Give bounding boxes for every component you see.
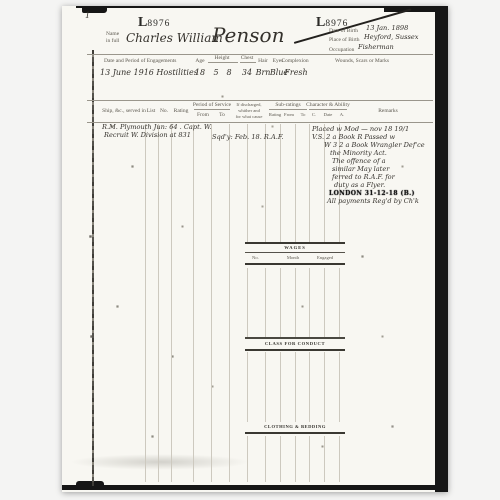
character-group-label: Character & Ability [306, 102, 350, 108]
name-label-2: in full [106, 38, 119, 44]
left-margin-rule [92, 50, 94, 486]
serial-right-prefix: L [316, 15, 325, 30]
wages-title: WAGES [284, 245, 306, 250]
scan-noise [62, 6, 63, 7]
service-entry-row2: Recruit W. Division at 831 [104, 131, 191, 139]
remarks-line: W 3 2 a Book Wrangler Def'ce [324, 141, 425, 149]
remarks-line: ferred to R.A.F. for [332, 173, 395, 181]
service-entry-row1: R.M. Plymouth Jun: 64 . Capt. W. [102, 123, 212, 131]
service-entry-mid: Sqd'y: Feb. 18. R.A.F. [212, 133, 284, 141]
clothing-bottom-rule [245, 432, 345, 434]
scan-edge-right [435, 6, 448, 492]
height-feet-value: 5 [213, 68, 218, 77]
corner-mark: 1 [85, 11, 90, 20]
discharged-label-1: If discharged, [236, 102, 261, 107]
scan-edge-top [76, 6, 435, 8]
name-label-1: Name [106, 31, 119, 37]
wages-mid-rule [245, 252, 345, 253]
chest-underline [240, 62, 256, 63]
character-underline [309, 109, 347, 110]
remarks-line: All payments Reg'd by Ch'k [327, 197, 419, 205]
name-first-value: Charles William [126, 31, 223, 45]
scanned-service-record: 1 L8976 L8976 Name in full Charles Willi… [0, 0, 500, 500]
period-group-underline [194, 109, 230, 110]
pob-label: Place of Birth [329, 37, 360, 43]
chest-col-label: Chest [241, 55, 254, 61]
pob-value: Heyford, Sussex [364, 33, 419, 41]
discharged-label-3: for what cause [236, 114, 263, 119]
serial-left-number: 8976 [147, 19, 170, 29]
remarks-line: V.S. 2 a Book R Passed w [312, 133, 395, 141]
dob-label: Date of Birth [329, 28, 358, 34]
character-c-label: C. [312, 112, 316, 117]
name-last-value: Penson [212, 23, 284, 47]
section-rule-2 [87, 100, 433, 101]
conduct-band: CLASS FOR CONDUCT [245, 337, 345, 352]
scan-smudge [70, 454, 250, 470]
conduct-title: CLASS FOR CONDUCT [265, 341, 325, 346]
scan-edge-bottom-blob [76, 481, 104, 490]
period-group-label: Period of Service [193, 102, 231, 108]
dob-value: 13 Jan. 1898 [366, 24, 408, 32]
wages-box: WAGES No. Month Engaged [245, 242, 345, 268]
subrating-rating-label: Rating [269, 112, 281, 117]
remarks-line: the Minority Act. [330, 149, 387, 157]
character-a-label: A. [340, 112, 344, 117]
height-underline [208, 62, 238, 63]
wages-col-month: Month [287, 255, 299, 260]
remarks-stamp: LONDON 31-12-18 (B.) [329, 190, 415, 197]
record-page: 1 L8976 L8976 Name in full Charles Willi… [62, 6, 448, 492]
subratings-underline [269, 109, 307, 110]
column-rule [193, 124, 194, 482]
column-rule [158, 124, 159, 482]
complexion-col-label: Complexion [281, 58, 308, 64]
conduct-bottom-rule [245, 349, 345, 351]
remarks-col-label: Remarks [378, 108, 398, 114]
column-rule [171, 124, 172, 482]
no-col-label: No. [160, 108, 168, 114]
remarks-line: similar May later [332, 165, 389, 173]
period-from-label: From [197, 112, 209, 118]
remarks-line: Placed w Mod — nov 18 19/1 [312, 125, 409, 133]
wounds-col-label: Wounds, Scars or Marks [335, 58, 389, 64]
occupation-value: Fisherman [358, 43, 394, 51]
height-col-label: Height [215, 55, 230, 61]
chest-value: 34 [242, 68, 252, 77]
scan-edge-bottom [62, 485, 437, 490]
wages-col-no: No. [252, 255, 259, 260]
serial-left: L8976 [138, 13, 170, 31]
complexion-value: Fresh [284, 68, 307, 77]
subrating-from-label: From [284, 112, 294, 117]
engagement-col-label: Date and Period of Engagements [104, 58, 176, 64]
subrating-to-label: To [301, 112, 306, 117]
engagement-value: 13 June 1916 Hostilities [100, 68, 198, 77]
rating-col-label: Rating [174, 108, 189, 114]
remarks-line: duty as a Flyer. [334, 181, 385, 189]
list-col-label: List [147, 108, 156, 114]
subratings-group-label: Sub-ratings [275, 102, 300, 108]
wages-top-rule [245, 242, 345, 244]
occupation-label: Occupation [329, 47, 354, 53]
age-col-label: Age [195, 58, 204, 64]
clothing-band: CLOTHING & BEDDING [245, 422, 345, 436]
column-rule [211, 124, 212, 482]
remarks-line: The offence of a [332, 157, 386, 165]
ship-col-label: Ship, &c., served in [102, 108, 146, 114]
character-date-label: Date [324, 112, 333, 117]
wages-col-engaged: Engaged [317, 255, 333, 260]
height-ins-value: 8 [226, 68, 231, 77]
clothing-title: CLOTHING & BEDDING [264, 424, 326, 429]
column-rule [229, 124, 230, 482]
column-rule [145, 124, 146, 482]
wages-bottom-rule [245, 263, 345, 265]
serial-left-prefix: L [138, 15, 147, 30]
section-rule-1 [87, 54, 433, 55]
conduct-top-rule [245, 337, 345, 339]
hair-col-label: Hair [258, 58, 268, 64]
period-to-label: To [219, 112, 225, 118]
discharged-label-2: whither and [238, 108, 260, 113]
age-value: 18 [195, 68, 205, 77]
hair-value: Brn [256, 68, 271, 77]
